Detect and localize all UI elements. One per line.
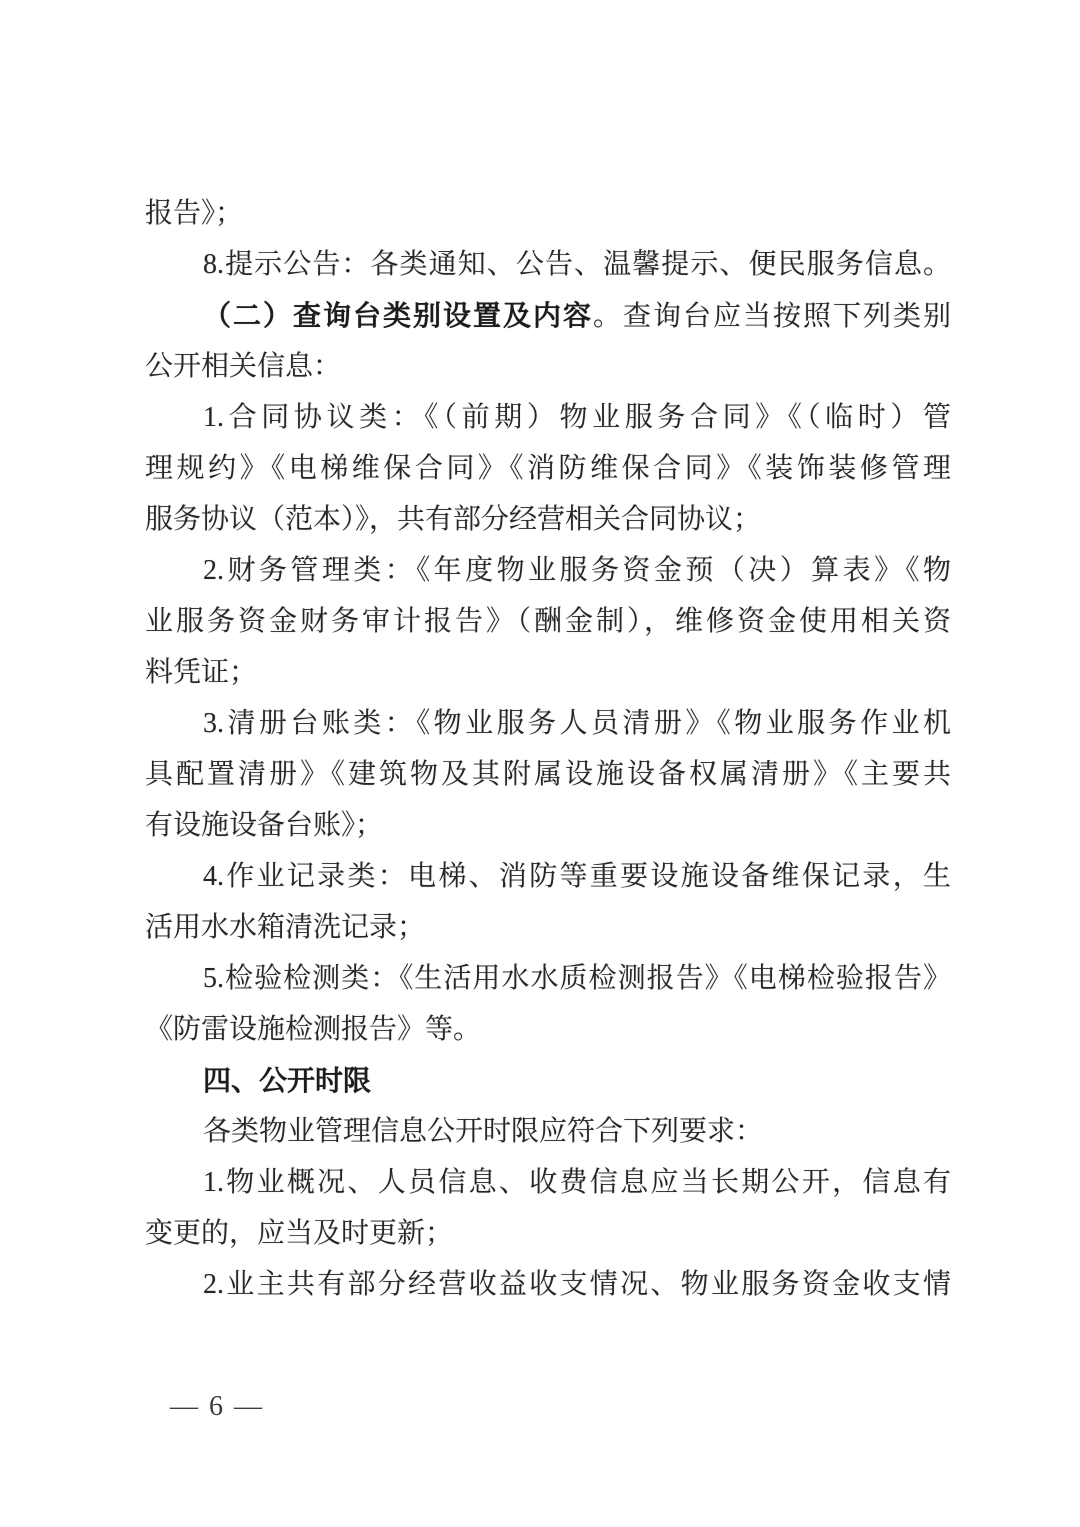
text-line: 报告》；	[145, 188, 951, 239]
page-number: — 6 —	[170, 1387, 264, 1427]
document-page: { "page": { "background": "#ffffff", "te…	[0, 0, 1080, 1527]
text-line: 料凭证；	[145, 647, 951, 698]
text-line: 具配置清册》《建筑物及其附属设施设备权属清册》《主要共	[145, 749, 951, 800]
text-line: 业服务资金财务审计报告》（酬金制），维修资金使用相关资	[145, 596, 951, 647]
document-body: 报告》；8.提示公告：各类通知、公告、温馨提示、便民服务信息。（二）查询台类别设…	[145, 188, 951, 1310]
text-line: 公开相关信息：	[145, 341, 951, 392]
text-line: 有设施设备台账》；	[145, 800, 951, 851]
bold-text-segment: （二）查询台类别设置及内容	[203, 300, 593, 331]
text-line: 服务协议（范本）》，共有部分经营相关合同协议；	[145, 494, 951, 545]
text-segment: 。查询台应当按照下列类别	[593, 301, 951, 332]
text-line: 1.物业概况、人员信息、收费信息应当长期公开，信息有	[145, 1157, 951, 1208]
text-line: 2.财务管理类：《年度物业服务资金预（决）算表》《物	[145, 545, 951, 596]
text-line: 各类物业管理信息公开时限应符合下列要求：	[145, 1106, 951, 1157]
text-line: 1.合同协议类：《（前期）物业服务合同》《（临时）管	[145, 392, 951, 443]
text-line: 3.清册台账类：《物业服务人员清册》《物业服务作业机	[145, 698, 951, 749]
text-line: 变更的，应当及时更新；	[145, 1208, 951, 1259]
text-line: 5.检验检测类：《生活用水水质检测报告》《电梯检验报告》	[145, 953, 951, 1004]
text-line: 2.业主共有部分经营收益收支情况、物业服务资金收支情	[145, 1259, 951, 1310]
text-line: 理规约》《电梯维保合同》《消防维保合同》《装饰装修管理	[145, 443, 951, 494]
text-line: 4.作业记录类：电梯、消防等重要设施设备维保记录，生	[145, 851, 951, 902]
text-line: 《防雷设施检测报告》等。	[145, 1004, 951, 1055]
text-line: 活用水水箱清洗记录；	[145, 902, 951, 953]
section-heading: 四、公开时限	[145, 1055, 951, 1106]
text-line: （二）查询台类别设置及内容。查询台应当按照下列类别	[145, 290, 951, 341]
text-line: 8.提示公告：各类通知、公告、温馨提示、便民服务信息。	[145, 239, 951, 290]
